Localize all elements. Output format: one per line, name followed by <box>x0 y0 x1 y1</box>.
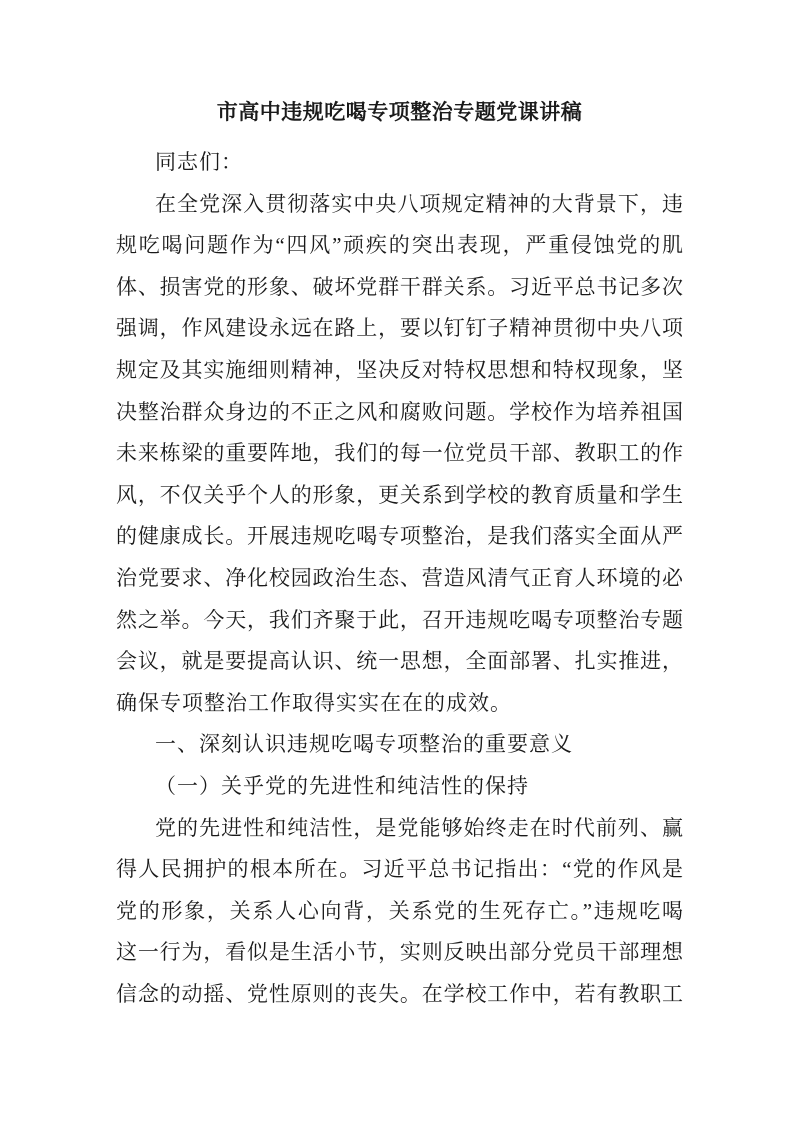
section-heading: 一、深刻认识违规吃喝专项整治的重要意义 <box>116 724 683 766</box>
text-line: 这一行为，看似是生活小节，实则反映出部分党员干部理想 <box>116 932 683 974</box>
text-line: 规吃喝问题作为“四风”顽疾的突出表现，严重侵蚀党的肌 <box>116 225 683 267</box>
text-line: 然之举。今天，我们齐聚于此，召开违规吃喝专项整治专题 <box>116 600 683 642</box>
text-line: 决整治群众身边的不正之风和腐败问题。学校作为培养祖国 <box>116 392 683 434</box>
text-line: 强调，作风建设永远在路上，要以钉钉子精神贯彻中央八项 <box>116 308 683 350</box>
document-title: 市高中违规吃喝专项整治专题党课讲稿 <box>116 90 683 134</box>
text-line: 会议，就是要提高认识、统一思想，全面部署、扎实推进， <box>116 641 683 683</box>
subsection-heading: （一）关乎党的先进性和纯洁性的保持 <box>116 766 683 808</box>
text-line: 党的先进性和纯洁性，是党能够始终走在时代前列、赢 <box>116 808 683 850</box>
text-line: 信念的动摇、党性原则的丧失。在学校工作中，若有教职工 <box>116 974 683 1016</box>
text-line: 体、损害党的形象、破坏党群干群关系。习近平总书记多次 <box>116 267 683 309</box>
text-line: 确保专项整治工作取得实实在在的成效。 <box>116 683 683 725</box>
text-line: 规定及其实施细则精神，坚决反对特权思想和特权现象，坚 <box>116 350 683 392</box>
text-line: 在全党深入贯彻落实中央八项规定精神的大背景下，违 <box>116 184 683 226</box>
text-line: 得人民拥护的根本所在。习近平总书记指出：“党的作风是 <box>116 849 683 891</box>
text-line: 风，不仅关乎个人的形象，更关系到学校的教育质量和学生 <box>116 475 683 517</box>
text-line: 治党要求、净化校园政治生态、营造风清气正育人环境的必 <box>116 558 683 600</box>
document-body: 同志们：在全党深入贯彻落实中央八项规定精神的大背景下，违规吃喝问题作为“四风”顽… <box>116 142 683 1015</box>
text-line: 未来栋梁的重要阵地，我们的每一位党员干部、教职工的作 <box>116 433 683 475</box>
text-line: 的健康成长。开展违规吃喝专项整治，是我们落实全面从严 <box>116 516 683 558</box>
salutation: 同志们： <box>116 142 683 184</box>
text-line: 党的形象，关系人心向背，关系党的生死存亡。”违规吃喝 <box>116 891 683 933</box>
document-page: 市高中违规吃喝专项整治专题党课讲稿 同志们：在全党深入贯彻落实中央八项规定精神的… <box>0 0 793 1122</box>
